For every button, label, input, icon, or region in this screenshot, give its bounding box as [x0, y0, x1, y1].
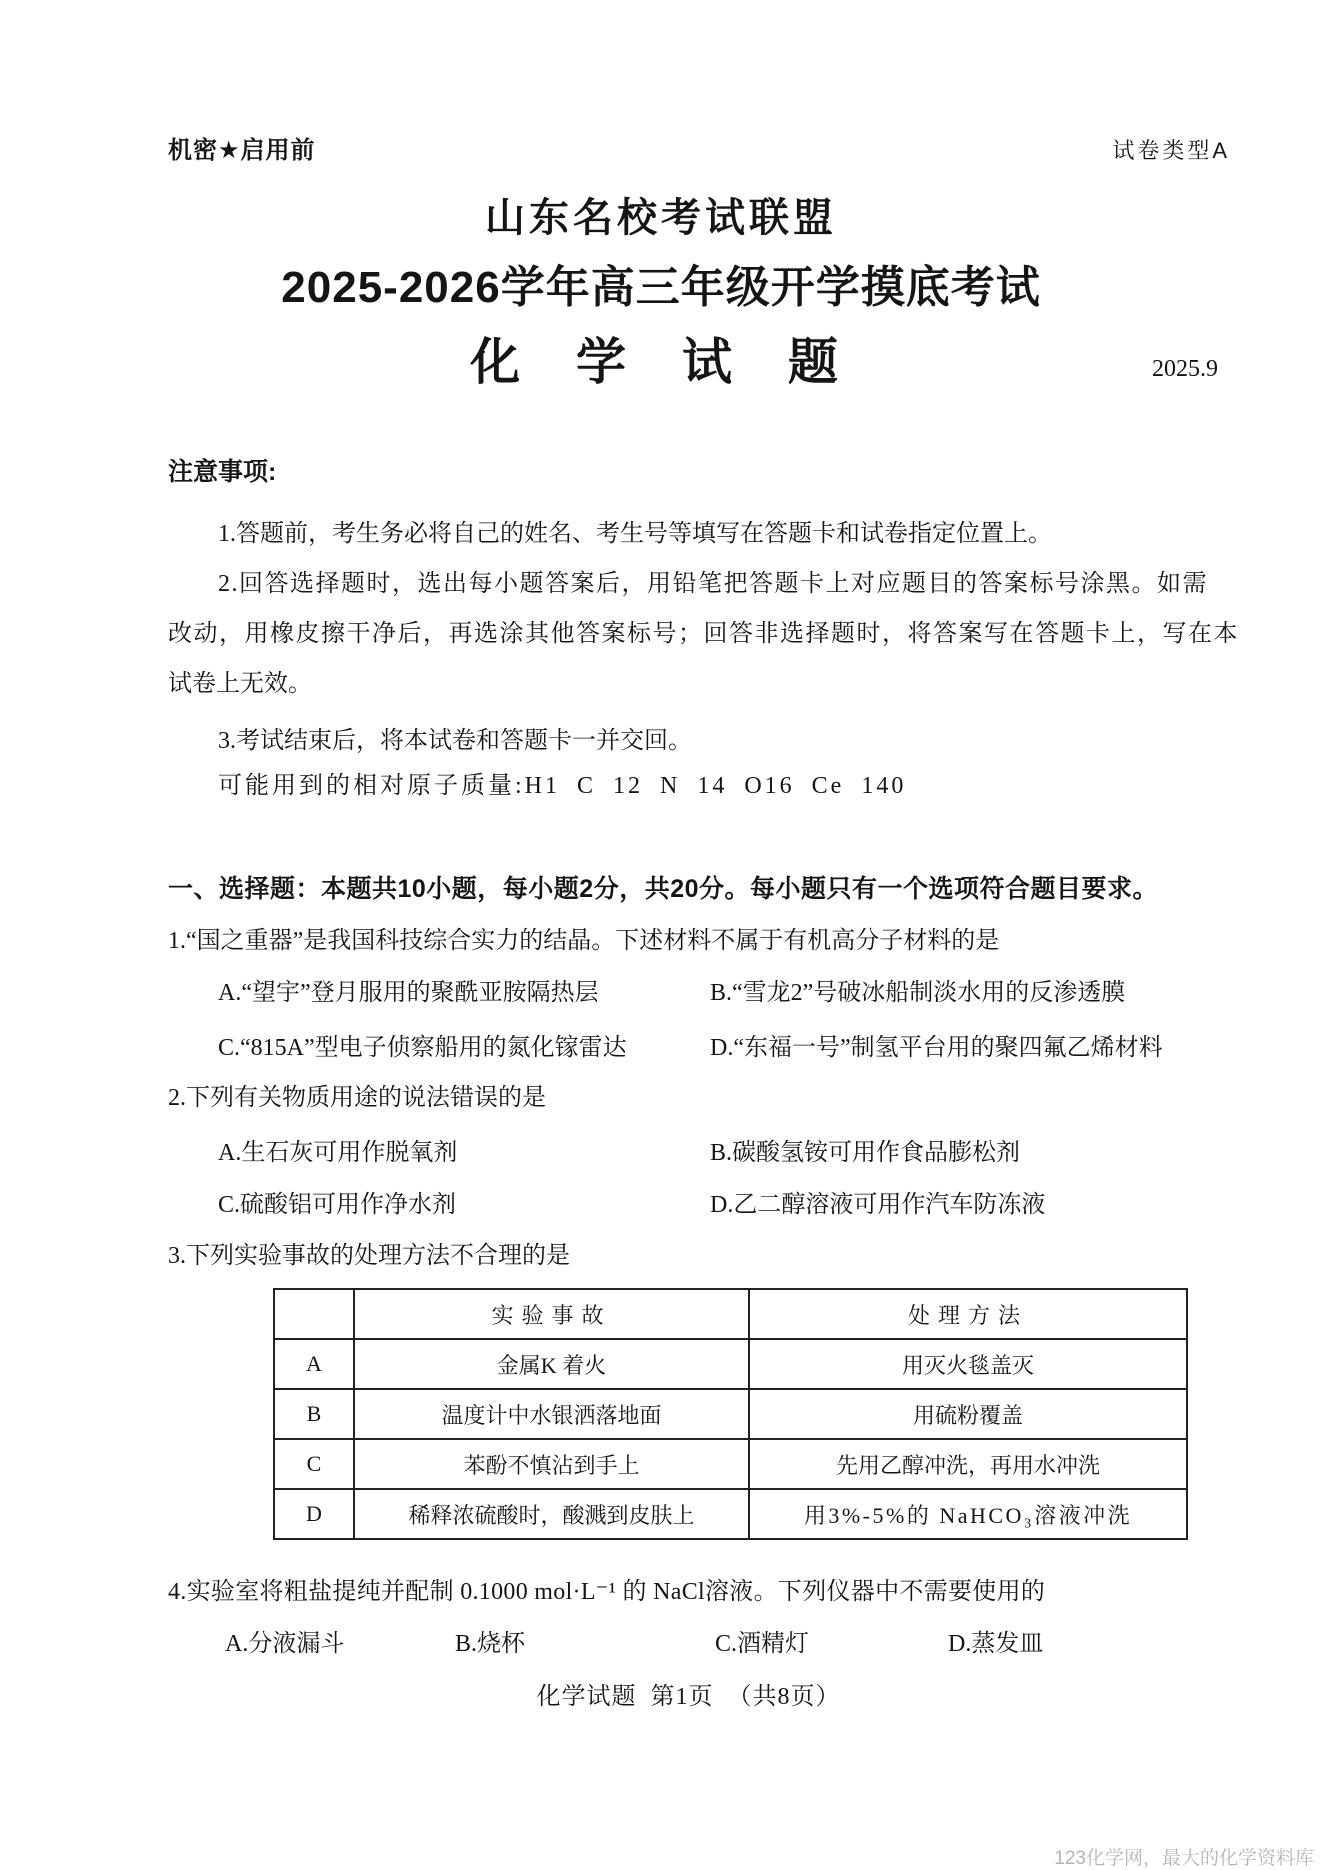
- table-cell-letter: C: [274, 1439, 354, 1489]
- notice-line-1: 1.答题前，考生务必将自己的姓名、考生号等填写在答题卡和试卷指定位置上。: [218, 513, 1052, 548]
- page-footer: 化学试题 第1页 （共8页）: [0, 1676, 1322, 1711]
- table-cell-accident: 稀释浓硫酸时，酸溅到皮肤上: [354, 1489, 749, 1539]
- question-3-table: 实验事故 处理方法 A 金属K 着火 用灭火毯盖灭 B 温度计中水银洒落地面 用…: [273, 1288, 1188, 1540]
- table-header-row: 实验事故 处理方法: [274, 1289, 1187, 1339]
- secrecy-label: 机密★启用前: [168, 130, 316, 165]
- option-1c: C.“815A”型电子侦察船用的氮化镓雷达: [218, 1027, 627, 1062]
- exam-session-title: 2025-2026学年高三年级开学摸底考试: [0, 251, 1322, 315]
- table-header-empty: [274, 1289, 354, 1339]
- question-4-options-row: A.分液漏斗 B.烧杯 C.酒精灯 D.蒸发皿: [225, 1623, 1245, 1653]
- table-cell-method: 用硫粉覆盖: [749, 1389, 1187, 1439]
- question-2-stem: 2.下列有关物质用途的说法错误的是: [168, 1077, 546, 1112]
- question-2-options-row-2: C.硫酸铝可用作净水剂 D.乙二醇溶液可用作汽车防冻液: [218, 1184, 1238, 1214]
- option-4d: D.蒸发皿: [948, 1623, 1043, 1658]
- table-header-method: 处理方法: [749, 1289, 1187, 1339]
- atomic-masses-line: 可能用到的相对原子质量:H1 C 12 N 14 O16 Ce 140: [218, 765, 906, 800]
- option-2c: C.硫酸铝可用作净水剂: [218, 1184, 456, 1219]
- subject-title: 化 学 试 题: [0, 322, 1322, 394]
- table-header-accident: 实验事故: [354, 1289, 749, 1339]
- table-cell-letter: D: [274, 1489, 354, 1539]
- table-row: C 苯酚不慎沾到手上 先用乙醇冲洗，再用水冲洗: [274, 1439, 1187, 1489]
- table-row: D 稀释浓硫酸时，酸溅到皮肤上 用3%-5%的 NaHCO₃溶液冲洗: [274, 1489, 1187, 1539]
- paper-type-label: 试卷类型A: [1112, 134, 1230, 165]
- table-row: A 金属K 着火 用灭火毯盖灭: [274, 1339, 1187, 1389]
- option-4b: B.烧杯: [455, 1623, 525, 1658]
- notice-line-2: 2.回答选择题时，选出每小题答案后，用铅笔把答题卡上对应题目的答案标号涂黑。如需: [218, 563, 1208, 598]
- option-4c: C.酒精灯: [715, 1623, 809, 1658]
- option-1b: B.“雪龙2”号破冰船制淡水用的反渗透膜: [710, 972, 1125, 1007]
- exam-paper-page: 机密★启用前 试卷类型A 山东名校考试联盟 2025-2026学年高三年级开学摸…: [0, 0, 1322, 1870]
- question-1-options-row-1: A.“望宇”登月服用的聚酰亚胺隔热层 B.“雪龙2”号破冰船制淡水用的反渗透膜: [218, 972, 1238, 1002]
- table-cell-accident: 温度计中水银洒落地面: [354, 1389, 749, 1439]
- top-header-row: 机密★启用前 试卷类型A: [168, 130, 1230, 165]
- section-1-heading: 一、选择题：本题共10小题，每小题2分，共20分。每小题只有一个选项符合题目要求…: [168, 869, 1158, 905]
- question-1-options-row-2: C.“815A”型电子侦察船用的氮化镓雷达 D.“东福一号”制氢平台用的聚四氟乙…: [218, 1027, 1238, 1057]
- table-row: B 温度计中水银洒落地面 用硫粉覆盖: [274, 1389, 1187, 1439]
- option-1a: A.“望宇”登月服用的聚酰亚胺隔热层: [218, 972, 599, 1007]
- organization-title: 山东名校考试联盟: [0, 186, 1322, 243]
- exam-date: 2025.9: [1152, 356, 1218, 383]
- option-2a: A.生石灰可用作脱氧剂: [218, 1132, 457, 1167]
- table-cell-method: 用3%-5%的 NaHCO₃溶液冲洗: [749, 1489, 1187, 1539]
- notice-line-5: 3.考试结束后，将本试卷和答题卡一并交回。: [218, 720, 692, 755]
- option-2b: B.碳酸氢铵可用作食品膨松剂: [710, 1132, 1020, 1167]
- table-cell-letter: B: [274, 1389, 354, 1439]
- option-2d: D.乙二醇溶液可用作汽车防冻液: [710, 1184, 1045, 1219]
- option-1d: D.“东福一号”制氢平台用的聚四氟乙烯材料: [710, 1027, 1163, 1062]
- table-cell-method: 先用乙醇冲洗，再用水冲洗: [749, 1439, 1187, 1489]
- notice-heading: 注意事项:: [168, 452, 276, 488]
- notice-line-4: 试卷上无效。: [168, 663, 312, 698]
- question-4-stem: 4.实验室将粗盐提纯并配制 0.1000 mol·L⁻¹ 的 NaCl溶液。下列…: [168, 1571, 1045, 1606]
- table-cell-accident: 苯酚不慎沾到手上: [354, 1439, 749, 1489]
- notice-line-3: 改动，用橡皮擦干净后，再选涂其他答案标号；回答非选择题时，将答案写在答题卡上，写…: [168, 613, 1239, 648]
- question-2-options-row-1: A.生石灰可用作脱氧剂 B.碳酸氢铵可用作食品膨松剂: [218, 1132, 1238, 1162]
- question-1-stem: 1.“国之重器”是我国科技综合实力的结晶。下述材料不属于有机高分子材料的是: [168, 920, 999, 955]
- watermark-text: 123化学网，最大的化学资料库: [1054, 1843, 1314, 1870]
- table-cell-method: 用灭火毯盖灭: [749, 1339, 1187, 1389]
- table-cell-accident: 金属K 着火: [354, 1339, 749, 1389]
- question-3-stem: 3.下列实验事故的处理方法不合理的是: [168, 1235, 570, 1270]
- table-cell-letter: A: [274, 1339, 354, 1389]
- option-4a: A.分液漏斗: [225, 1623, 344, 1658]
